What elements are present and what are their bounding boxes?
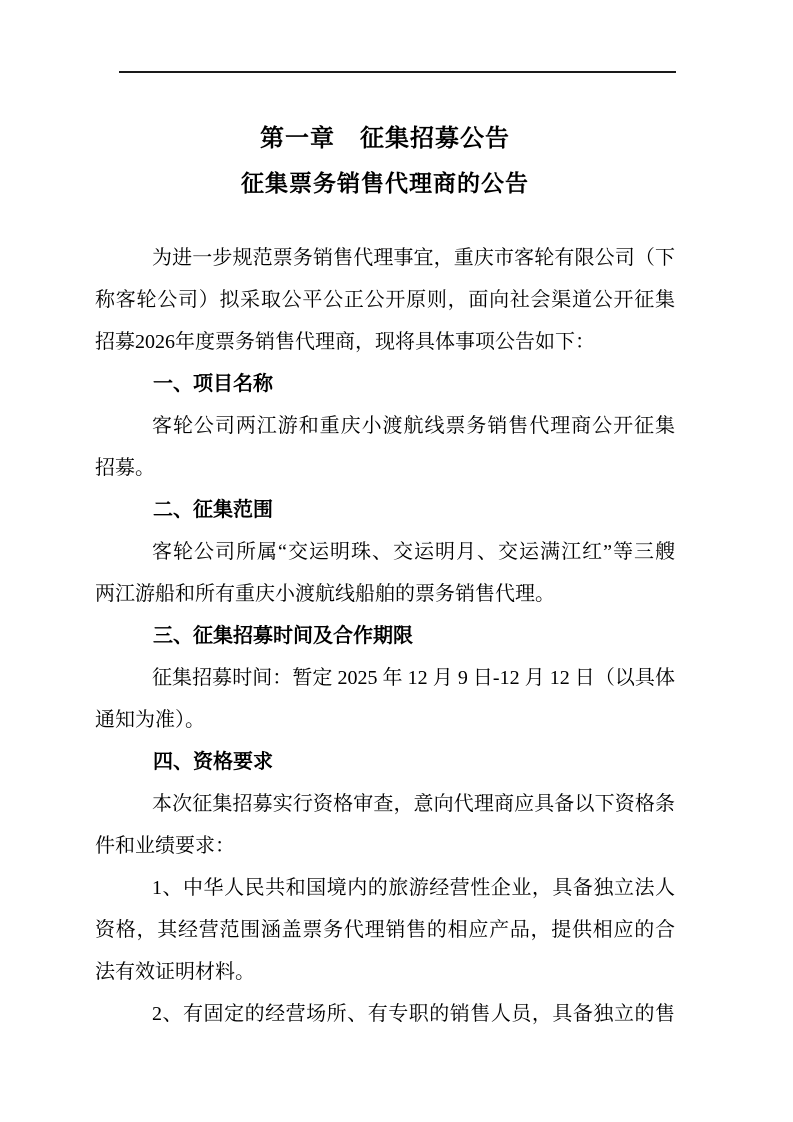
body-line: 招募。 <box>95 447 675 489</box>
body-line: 客轮公司所属“交运明珠、交运明月、交运满江红”等三艘 <box>95 531 675 573</box>
section-heading: 四、资格要求 <box>95 741 675 783</box>
body-line: 2、有固定的经营场所、有专职的销售人员，具备独立的售 <box>95 993 675 1035</box>
document-content: 第一章 征集招募公告 征集票务销售代理商的公告 为进一步规范票务销售代理事宜，重… <box>95 116 675 1035</box>
body-line: 为进一步规范票务销售代理事宜，重庆市客轮有限公司（下 <box>95 237 675 279</box>
body-line: 通知为准）。 <box>95 699 675 741</box>
chapter-title: 第一章 征集招募公告 <box>95 116 675 161</box>
document-page: 第一章 征集招募公告 征集票务销售代理商的公告 为进一步规范票务销售代理事宜，重… <box>0 0 793 1122</box>
announcement-title: 征集票务销售代理商的公告 <box>95 161 675 206</box>
body-line: 法有效证明材料。 <box>95 951 675 993</box>
header-rule <box>119 71 676 73</box>
section-heading: 二、征集范围 <box>95 489 675 531</box>
body-line: 称客轮公司）拟采取公平公正公开原则，面向社会渠道公开征集 <box>95 279 675 321</box>
body-line: 资格，其经营范围涵盖票务代理销售的相应产品，提供相应的合 <box>95 909 675 951</box>
body-line: 征集招募时间：暂定 2025 年 12 月 9 日-12 月 12 日（以具体 <box>95 657 675 699</box>
document-body: 为进一步规范票务销售代理事宜，重庆市客轮有限公司（下称客轮公司）拟采取公平公正公… <box>95 237 675 1035</box>
section-heading: 三、征集招募时间及合作期限 <box>95 615 675 657</box>
body-line: 两江游船和所有重庆小渡航线船舶的票务销售代理。 <box>95 573 675 615</box>
body-line: 件和业绩要求： <box>95 825 675 867</box>
body-line: 1、中华人民共和国境内的旅游经营性企业，具备独立法人 <box>95 867 675 909</box>
body-line: 本次征集招募实行资格审查，意向代理商应具备以下资格条 <box>95 783 675 825</box>
section-heading: 一、项目名称 <box>95 363 675 405</box>
body-line: 客轮公司两江游和重庆小渡航线票务销售代理商公开征集 <box>95 405 675 447</box>
body-line: 招募2026年度票务销售代理商，现将具体事项公告如下： <box>95 321 675 363</box>
